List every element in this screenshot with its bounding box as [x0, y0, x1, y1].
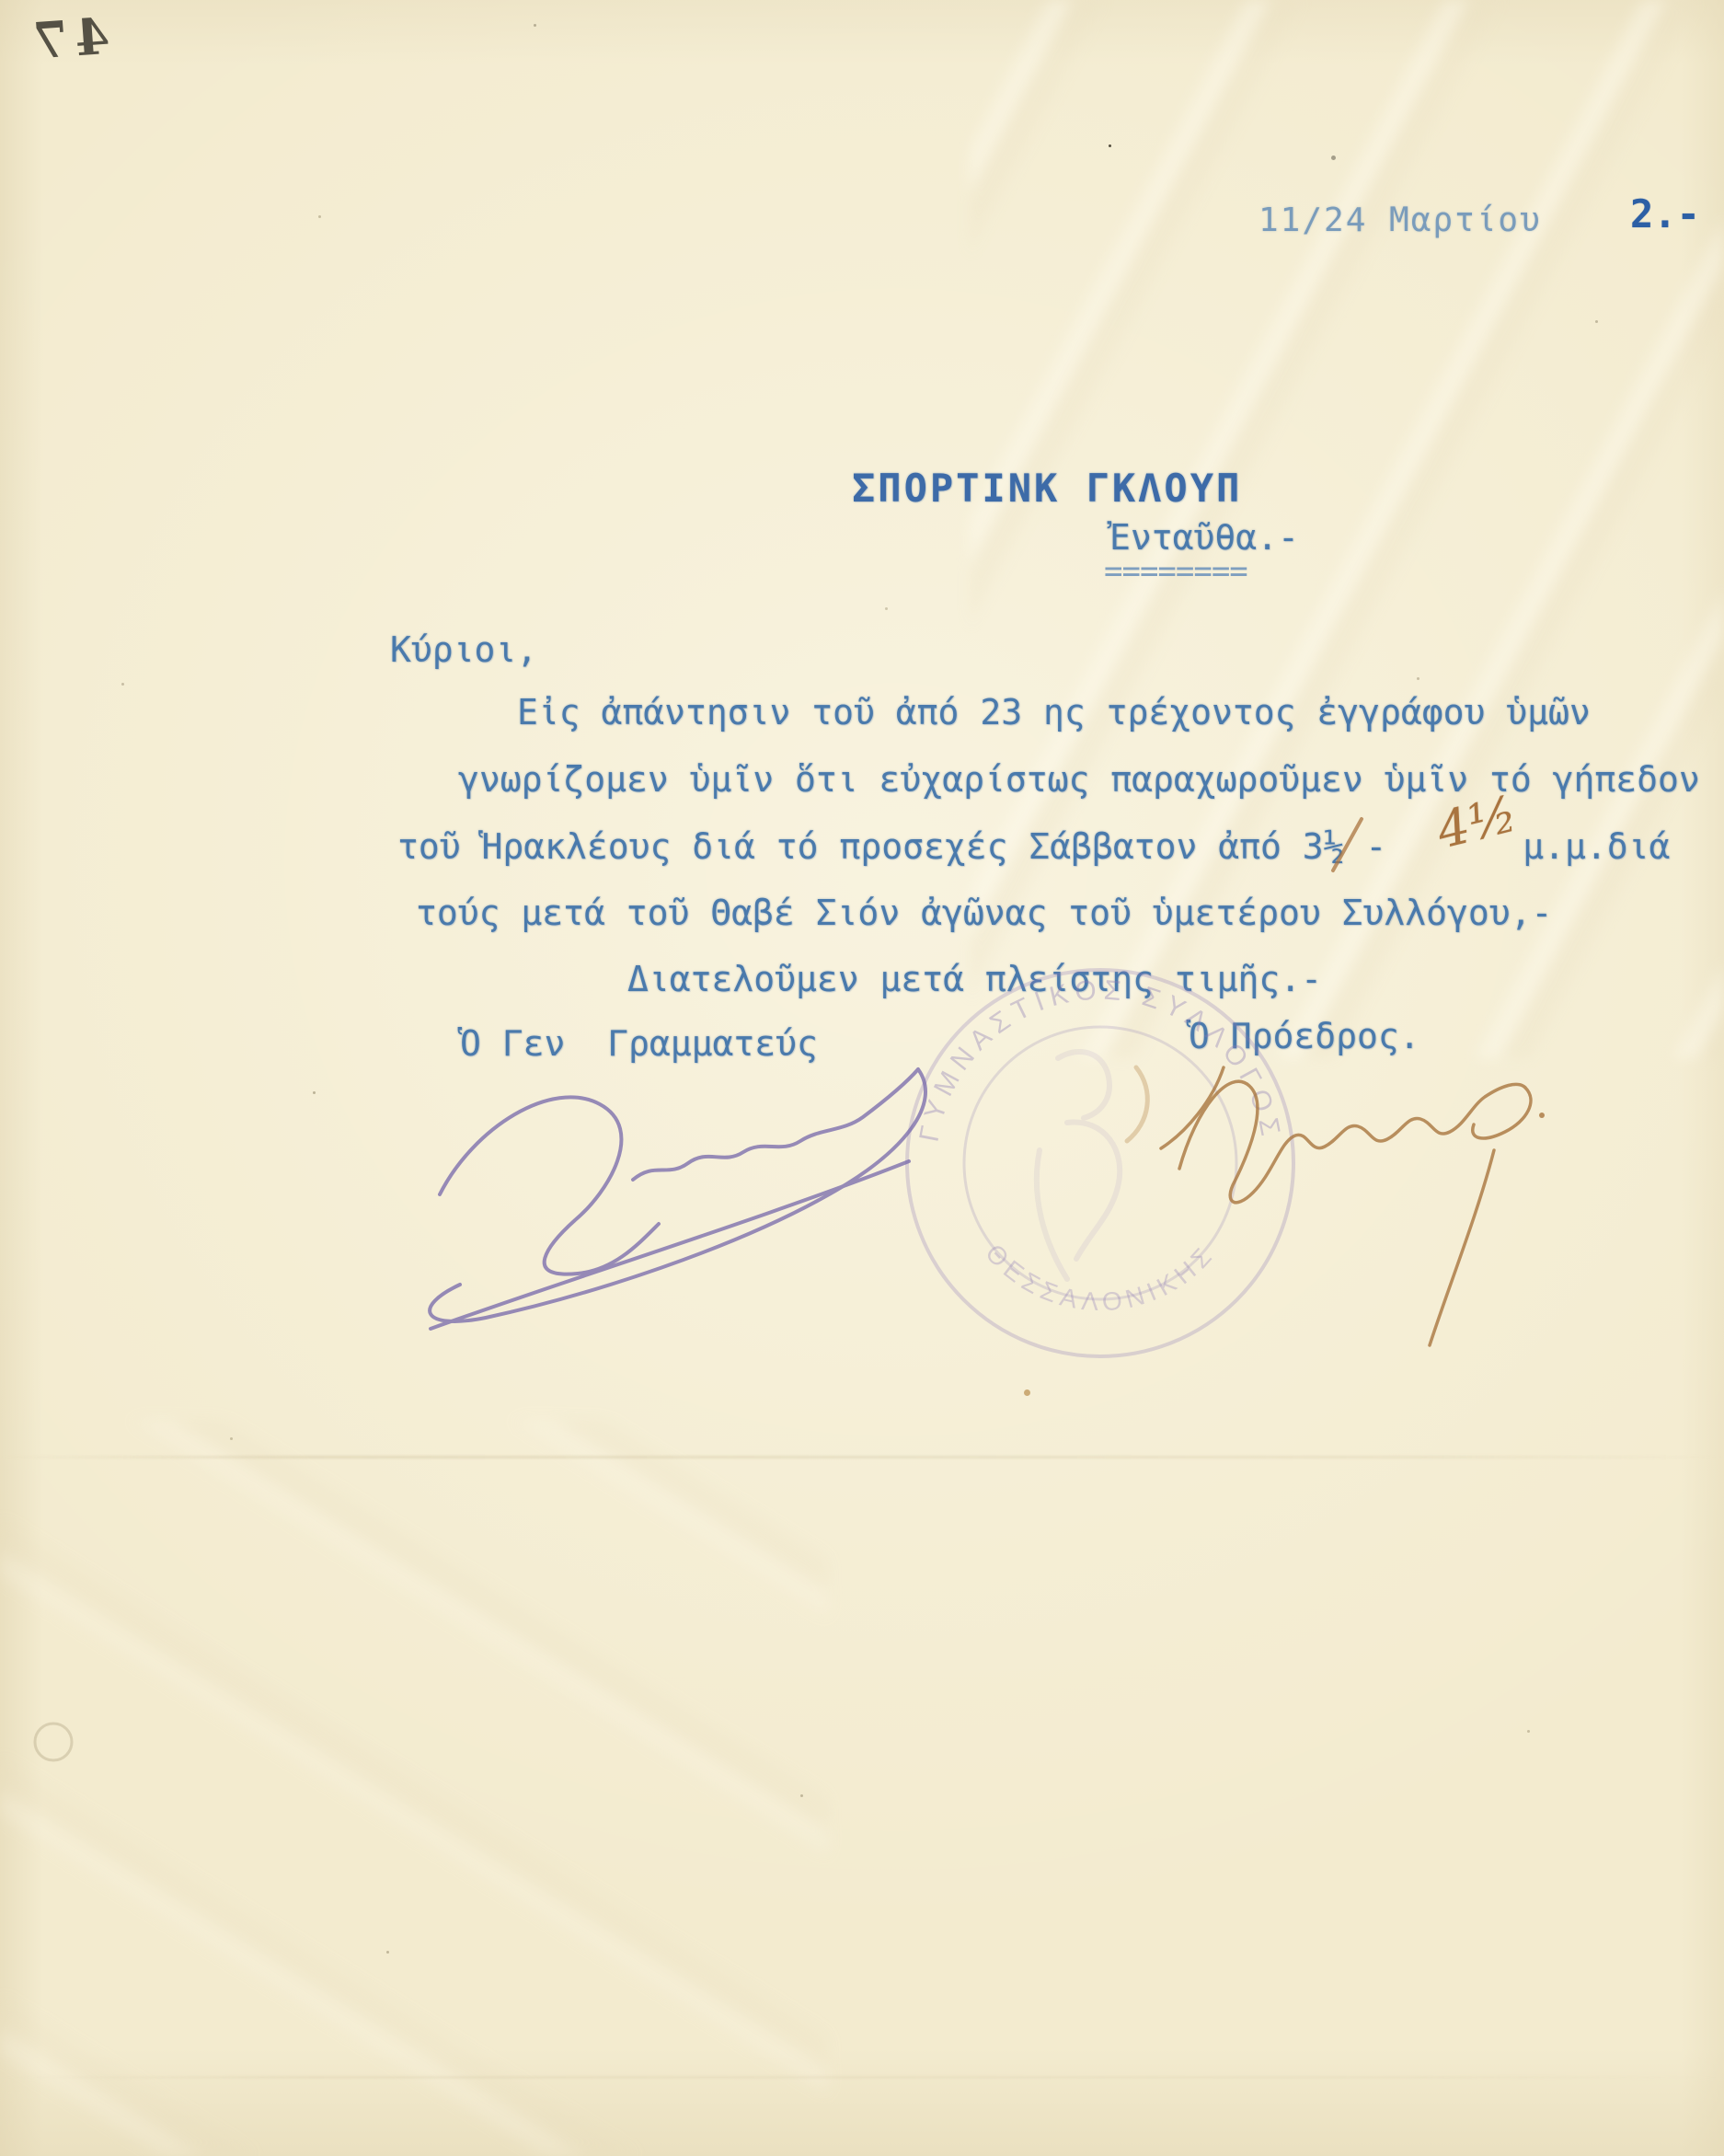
stamp-emblem	[1037, 1052, 1120, 1279]
fold-line	[0, 2076, 1724, 2079]
letter-date: 11/24 Μαρτίου	[1259, 201, 1542, 240]
secretary-title: Ὁ Γεν Γραμματεύς	[460, 1023, 818, 1066]
fold-line	[0, 1456, 1724, 1458]
paper-ring-mark	[35, 1724, 72, 1760]
body-line-2: γνωρίζομεν ὑμῖν ὅτι εὐχαρίστως παραχωροῦ…	[458, 759, 1700, 801]
salutation: Κύριοι,	[390, 629, 537, 672]
body-line-3-typed-pre: τοῦ Ἡρακλέους διά τό προσεχές Σάββατον ἀ…	[397, 826, 1386, 867]
document-page: 47 11/24 Μαρτίου 2.- ΣΠΟΡΤΙΝΚ ΓΚΛΟΥΠ Ἐντ…	[0, 0, 1724, 2156]
body-line-1: Εἰς ἀπάντησιν τοῦ ἀπό 23 ης τρέχοντος ἐγ…	[517, 692, 1591, 734]
president-signature	[1161, 1067, 1545, 1345]
paper-crease-texture	[0, 1420, 828, 2156]
stamp-text-bottom: ΘΕΣΣΑΛΟΝΙΚΗΣ	[980, 1239, 1221, 1317]
svg-text:ΘΕΣΣΑΛΟΝΙΚΗΣ: ΘΕΣΣΑΛΟΝΙΚΗΣ	[980, 1239, 1221, 1317]
paper-specks	[0, 0, 3, 3]
secretary-signature	[430, 1069, 925, 1329]
location-underline: ========	[1104, 553, 1247, 591]
body-line-4: τούς μετά τοῦ Θαβέ Σιόν ἀγῶνας τοῦ ὑμετέ…	[416, 893, 1552, 935]
closing-line: Διατελοῦμεν μετά πλείστης τιμῆς.-	[627, 959, 1322, 1001]
page-number: 2.-	[1630, 191, 1700, 237]
stamp-emblem-mark	[1127, 1067, 1147, 1141]
body-line-3-typed-post: μ.μ.διά	[1523, 826, 1670, 867]
archive-number: 47	[24, 6, 111, 71]
president-title: Ὁ Πρόεδρος.	[1189, 1016, 1420, 1058]
ink-annotations-layer: ΓΥΜΝΑΣΤΙΚΟΣ ΣΥΛΛΟΓΟΣ ΘΕΣΣΑΛΟΝΙΚΗΣ	[0, 0, 1724, 2156]
recipient-name: ΣΠΟΡΤΙΝΚ ΓΚΛΟΥΠ	[852, 466, 1242, 512]
